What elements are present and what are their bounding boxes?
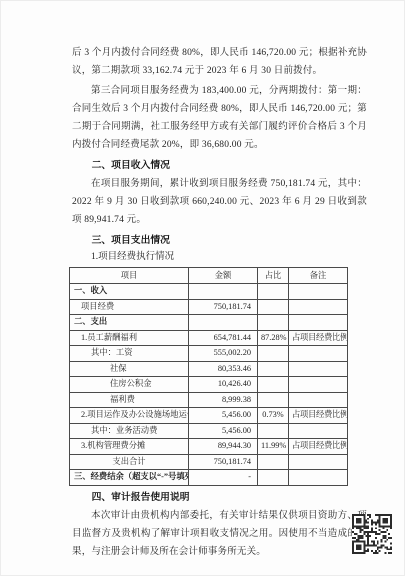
- cell-ratio: [258, 392, 289, 408]
- document-page: 后 3 个月内拨付合同经费 80%，即人民币 146,720.00 元；根据补充…: [0, 0, 405, 561]
- expense-table: 项目金额占比备注 一、收入项目经费750,181.74二、支出1.员工薪酬福利6…: [69, 267, 348, 486]
- cell-ratio: 11.99%: [258, 439, 289, 455]
- cell-ratio: [258, 315, 289, 331]
- cell-note: [289, 315, 348, 331]
- cell-ratio: [258, 299, 289, 315]
- table-row: 住房公积金10,426.40: [70, 377, 348, 393]
- cell-amount: 80,353.46: [189, 361, 258, 377]
- cell-item: 1.员工薪酬福利: [70, 330, 189, 346]
- paragraph-third-contract: 第三合同项目服务经费为 183,400.00 元，分两期拨付：第一期：合同生效后…: [72, 82, 367, 154]
- cell-item: 其中：工资: [70, 346, 189, 362]
- cell-ratio: [258, 470, 289, 486]
- cell-item: 其中：业务活动费: [70, 423, 189, 439]
- cell-note: [289, 392, 348, 408]
- cell-amount: 5,456.00: [189, 423, 258, 439]
- cell-item: 2.项目运作及办公设施场地运作费: [70, 408, 189, 424]
- cell-ratio: [258, 284, 289, 300]
- cell-amount: 555,002.20: [189, 346, 258, 362]
- paragraph-payment-terms: 后 3 个月内拨付合同经费 80%，即人民币 146,720.00 元；根据补充…: [72, 44, 367, 80]
- expense-table-header-row: 项目金额占比备注: [70, 268, 348, 284]
- table-row: 2.项目运作及办公设施场地运作费5,456.000.73%占项目经费比例: [70, 408, 348, 424]
- table-row: 3.机构管理费分摊89,944.3011.99%占项目经费比例: [70, 439, 348, 455]
- cell-amount: [189, 315, 258, 331]
- cell-amount: 750,181.74: [189, 454, 258, 470]
- table-row: 其中：工资555,002.20: [70, 346, 348, 362]
- heading-income-section: 二、项目收入情况: [72, 158, 367, 173]
- heading-usage-section: 四、审计报告使用说明: [72, 490, 367, 505]
- column-header: 备注: [289, 268, 348, 284]
- cell-item: 福利费: [70, 392, 189, 408]
- subheading-expense-execution: 1.项目经费执行情况: [72, 250, 367, 264]
- column-header: 金额: [189, 268, 258, 284]
- cell-item: 社保: [70, 361, 189, 377]
- cell-amount: 89,944.30: [189, 439, 258, 455]
- paragraph-income-detail: 在项目服务期间，累计收到项目服务经费 750,181.74 元，其中：2022 …: [72, 175, 367, 229]
- cell-item: 三、经费结余（超支以“-”号填列）: [70, 470, 189, 486]
- cell-amount: 750,181.74: [189, 299, 258, 315]
- cell-note: [289, 454, 348, 470]
- cell-note: [289, 377, 348, 393]
- table-row: 三、经费结余（超支以“-”号填列）-: [70, 470, 348, 486]
- cell-ratio: [258, 377, 289, 393]
- cell-note: [289, 346, 348, 362]
- cell-amount: [189, 284, 258, 300]
- cell-ratio: [258, 346, 289, 362]
- cell-amount: -: [189, 470, 258, 486]
- cell-note: 占项目经费比例: [289, 408, 348, 424]
- cell-ratio: [258, 361, 289, 377]
- table-row: 1.员工薪酬福利654,781.4487.28%占项目经费比例: [70, 330, 348, 346]
- cell-item: 住房公积金: [70, 377, 189, 393]
- cell-item: 一、收入: [70, 284, 189, 300]
- cell-note: [289, 470, 348, 486]
- column-header: 项目: [70, 268, 189, 284]
- cell-note: [289, 361, 348, 377]
- cell-amount: 10,426.40: [189, 377, 258, 393]
- page-number: 3: [0, 527, 405, 536]
- heading-expense-section: 三、项目支出情况: [72, 233, 367, 248]
- cell-item: 3.机构管理费分摊: [70, 439, 189, 455]
- table-row: 福利费8,999.38: [70, 392, 348, 408]
- cell-note: [289, 299, 348, 315]
- table-row: 二、支出: [70, 315, 348, 331]
- cell-amount: 8,999.38: [189, 392, 258, 408]
- cell-ratio: [258, 423, 289, 439]
- cell-note: [289, 284, 348, 300]
- cell-ratio: [258, 454, 289, 470]
- column-header: 占比: [258, 268, 289, 284]
- table-row: 一、收入: [70, 284, 348, 300]
- page-content: 后 3 个月内拨付合同经费 80%，即人民币 146,720.00 元；根据补充…: [0, 0, 405, 561]
- qr-code-icon: [352, 514, 392, 554]
- cell-amount: 654,781.44: [189, 330, 258, 346]
- table-row: 社保80,353.46: [70, 361, 348, 377]
- cell-note: [289, 423, 348, 439]
- cell-item: 项目经费: [70, 299, 189, 315]
- table-row: 支出合计750,181.74: [70, 454, 348, 470]
- cell-note: 占项目经费比例: [289, 330, 348, 346]
- cell-note: 占项目经费比例: [289, 439, 348, 455]
- expense-table-body: 一、收入项目经费750,181.74二、支出1.员工薪酬福利654,781.44…: [70, 284, 348, 486]
- cell-ratio: 0.73%: [258, 408, 289, 424]
- cell-ratio: 87.28%: [258, 330, 289, 346]
- table-row: 其中：业务活动费5,456.00: [70, 423, 348, 439]
- table-row: 项目经费750,181.74: [70, 299, 348, 315]
- cell-amount: 5,456.00: [189, 408, 258, 424]
- cell-item: 二、支出: [70, 315, 189, 331]
- cell-item: 支出合计: [70, 454, 189, 470]
